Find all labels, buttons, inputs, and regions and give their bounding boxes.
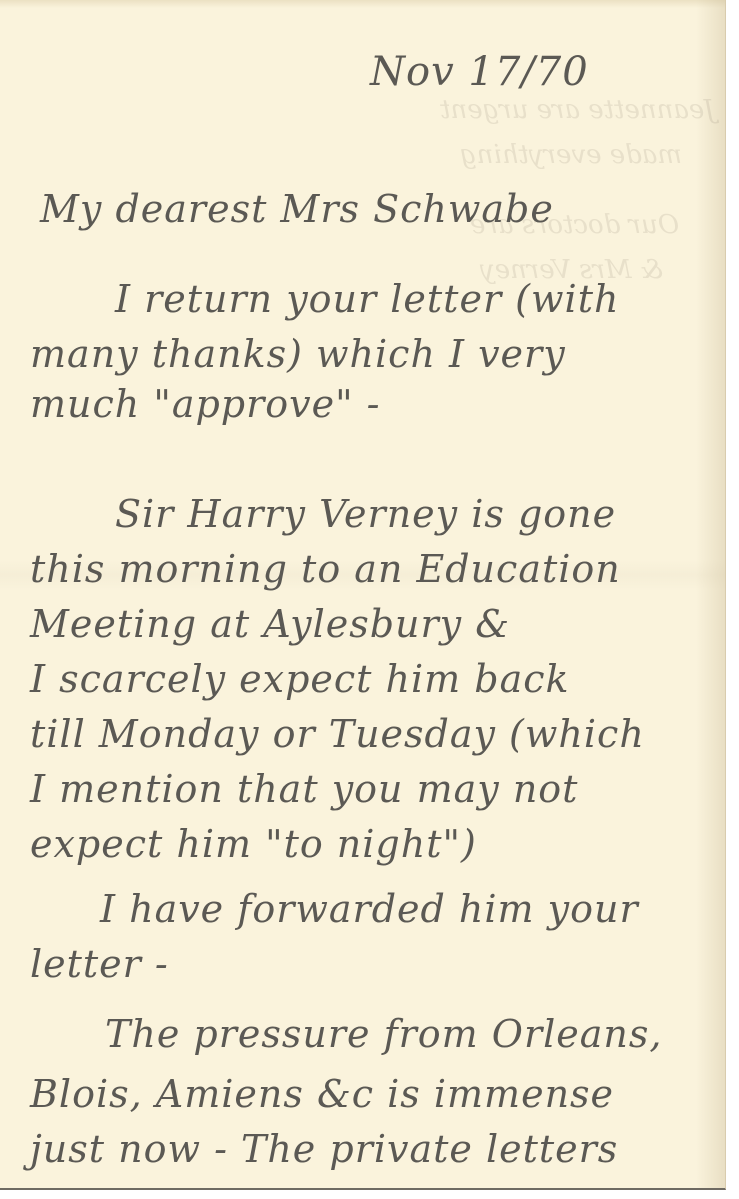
letter-line: I mention that you may not bbox=[30, 770, 578, 808]
letter-line: Blois, Amiens &c is immense bbox=[30, 1075, 614, 1113]
letter-line: many thanks) which I very bbox=[30, 335, 566, 373]
letter-line: just now - The private letters bbox=[30, 1130, 618, 1168]
letter-line: expect him "to night") bbox=[30, 825, 477, 863]
letter-line: this morning to an Education bbox=[30, 550, 621, 588]
letter-date: Nov 17/70 bbox=[370, 52, 589, 92]
bleed-through-text: Jeannette are urgent bbox=[440, 95, 715, 125]
salutation: My dearest Mrs Schwabe bbox=[40, 190, 554, 228]
letter-line: The pressure from Orleans, bbox=[105, 1015, 662, 1053]
letter-page: Jeannette are urgent made everything Our… bbox=[0, 0, 726, 1190]
bleed-through-text: made everything bbox=[460, 140, 682, 170]
letter-line: much "approve" - bbox=[30, 385, 381, 423]
letter-line: Meeting at Aylesbury & bbox=[30, 605, 510, 643]
letter-line: till Monday or Tuesday (which bbox=[30, 715, 645, 753]
letter-line: I have forwarded him your bbox=[100, 890, 639, 928]
letter-line: I scarcely expect him back bbox=[30, 660, 570, 698]
letter-line: I return your letter (with bbox=[115, 280, 619, 318]
letter-line: letter - bbox=[30, 945, 169, 983]
letter-line: Sir Harry Verney is gone bbox=[115, 495, 616, 533]
